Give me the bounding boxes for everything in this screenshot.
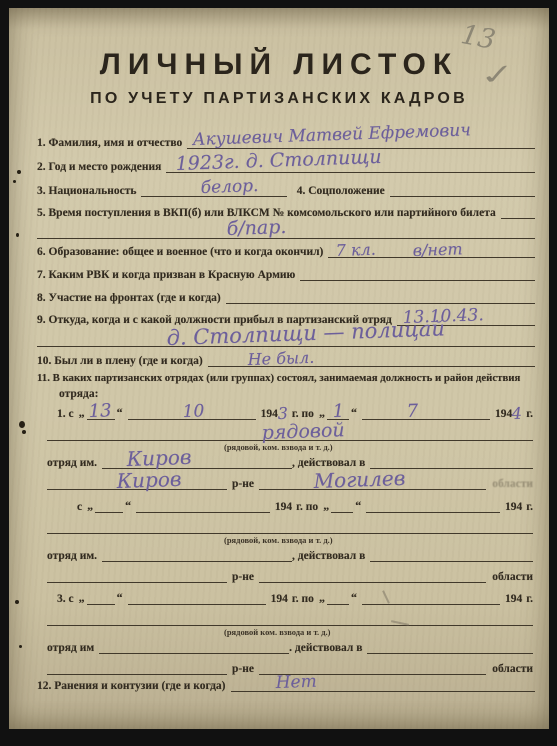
district-underline: Киров [47, 474, 227, 490]
field-label: 7. Каким РВК и когда призван в Красную А… [37, 269, 295, 281]
position-underline [47, 518, 533, 534]
pencil-checkmark-icon: ✓ [478, 57, 518, 91]
oblast-label: области [492, 478, 533, 490]
service-entry-dates: 3. с „ “ 194 г. по „ “ 194 г. [57, 587, 533, 605]
field-label: 4. Соцположение [297, 185, 385, 197]
acted-label: , действовал в [292, 550, 365, 562]
service-entry-unit: отряд им. , действовал в [47, 544, 533, 562]
handwritten-value: 7 кл. [336, 240, 377, 260]
district-label: р-не [232, 571, 254, 583]
year-slot: 3 [278, 405, 291, 420]
field-fronts: 8. Участие на фронтах (где и когда) [37, 286, 535, 304]
unit-label: отряд им [47, 642, 94, 654]
scan-speck [13, 180, 16, 183]
underline [300, 265, 535, 281]
district-underline [47, 567, 227, 583]
service-entry-region: р-не области [47, 565, 533, 583]
district-label: р-не [232, 478, 254, 490]
field-birth: 2. Год и место рождения 1923г. д. Столпи… [37, 155, 535, 173]
field-arrival-line2: д. Столпищи — полицай [37, 329, 535, 347]
month-underline [128, 589, 266, 605]
quote-mark: “ [125, 498, 131, 513]
pencil-page-number: 13 [458, 19, 498, 56]
position-underline: рядовой [47, 425, 533, 441]
dates-mid-label: г. по [292, 408, 314, 420]
day-slot: 1 [327, 404, 349, 420]
acted-underline [370, 546, 533, 562]
field-rvk: 7. Каким РВК и когда призван в Красную А… [37, 263, 535, 281]
year-g-label: г. [526, 593, 533, 605]
unit-label: отряд им. [47, 457, 97, 469]
quote-mark: “ [117, 590, 123, 605]
handwritten-year: 3 [277, 404, 288, 423]
field-wounds: 12. Ранения и контузии (где и когда) Нет [37, 674, 535, 692]
scan-speck [19, 645, 22, 648]
quote-mark: „ [323, 498, 329, 513]
year-printed: 194 [505, 501, 522, 513]
service-entry-position [47, 516, 533, 534]
year-printed: 194 [495, 408, 512, 420]
service-entry-unit: отряд им. Киров , действовал в [47, 451, 533, 469]
field-label: 1. Фамилия, имя и отчество [37, 137, 182, 149]
field-units-header: 11. В каких партизанских отрядах (или гр… [37, 366, 539, 384]
underline: Нет [231, 676, 536, 692]
underline: белор. [141, 181, 286, 197]
quote-mark: „ [79, 405, 85, 420]
month-underline [366, 497, 500, 513]
unit-underline [99, 638, 289, 654]
field-surname: 1. Фамилия, имя и отчество Акушевич Матв… [37, 131, 535, 149]
dates-mid-label: г. по [296, 501, 318, 513]
dates-mid-label: г. по [292, 593, 314, 605]
field-label: 11. В каких партизанских отрядах (или гр… [37, 372, 520, 384]
year-slot: 4 [512, 405, 525, 420]
month-underline: 10 [128, 404, 256, 420]
underline [226, 288, 535, 304]
handwritten-day: 13 [88, 400, 112, 422]
page-title: ЛИЧНЫЙ ЛИСТОК [9, 48, 549, 82]
field-label: 12. Ранения и контузии (где и когда) [37, 680, 226, 692]
service-entry-position: рядовой [47, 423, 533, 441]
handwritten-value: 1923г. д. Столпищи [176, 146, 383, 175]
service-entry-region: Киров р-не Могилев области [47, 472, 533, 490]
entry-prefix: с [77, 501, 82, 513]
underline: 1923г. д. Столпищи [166, 157, 535, 173]
scan-speck [16, 233, 19, 237]
field-label: 8. Участие на фронтах (где и когда) [37, 292, 221, 304]
quote-mark: “ [355, 498, 361, 513]
form-page: 13 ✓ ЛИЧНЫЙ ЛИСТОК ПО УЧЕТУ ПАРТИЗАНСКИХ… [9, 8, 549, 729]
day-slot [87, 589, 115, 605]
day-slot [95, 497, 123, 513]
field-label: 3. Национальность [37, 185, 136, 197]
handwritten-oblast: Могилев [313, 466, 406, 493]
quote-mark: „ [319, 405, 325, 420]
handwritten-position: рядовой [261, 419, 345, 444]
handwritten-value: Акушевич Матвей Ефремович [193, 120, 472, 150]
service-entry-dates: 1. с „ 13 “ 10 194 3 г. по „ 1 “ 7 194 4… [57, 402, 533, 420]
month-underline [136, 497, 270, 513]
handwritten-value: белор. [201, 176, 259, 198]
page-subtitle: ПО УЧЕТУ ПАРТИЗАНСКИХ КАДРОВ [9, 90, 549, 108]
underline: 7 кл. в/нет [328, 242, 535, 258]
scan-speck [17, 170, 21, 174]
service-entry-position [47, 608, 533, 626]
year-printed: 194 [261, 408, 278, 420]
underline: Не был. [208, 351, 535, 367]
year-g-label: г. [526, 408, 533, 420]
scan-speck [15, 600, 19, 604]
service-entry-unit: отряд им . действовал в [47, 636, 533, 654]
year-printed: 194 [275, 501, 292, 513]
oblast-underline [259, 567, 486, 583]
handwritten-year: 4 [512, 404, 523, 423]
quote-mark: „ [87, 498, 93, 513]
handwritten-value: б/пар. [226, 216, 286, 240]
punch-hole [22, 430, 26, 434]
underline [501, 203, 535, 219]
underline: д. Столпищи — полицай [37, 331, 535, 347]
handwritten-month: 10 [182, 401, 204, 422]
quote-mark: “ [117, 405, 123, 420]
handwritten-value: Нет [275, 672, 317, 693]
service-entry-dates: с „ “ 194 г. по „ “ 194 г. [77, 495, 533, 513]
handwritten-district: Киров [116, 467, 182, 493]
day-slot: 13 [87, 404, 115, 420]
field-units-header-line2: отряда: [59, 382, 98, 400]
district-underline [47, 659, 227, 675]
handwritten-month: 7 [406, 401, 418, 422]
position-underline [47, 610, 533, 626]
underline [390, 181, 535, 197]
field-education: 6. Образование: общее и военное (что и к… [37, 240, 535, 258]
month-underline: 7 [362, 404, 490, 420]
entry-prefix: 3. с [57, 593, 74, 605]
day-slot [327, 589, 349, 605]
entry-prefix: 1. с [57, 408, 74, 420]
field-label: 2. Год и место рождения [37, 161, 161, 173]
quote-mark: “ [351, 405, 357, 420]
field-label: 6. Образование: общее и военное (что и к… [37, 246, 323, 258]
scanned-document: 13 ✓ ЛИЧНЫЙ ЛИСТОК ПО УЧЕТУ ПАРТИЗАНСКИХ… [0, 0, 557, 746]
day-slot [331, 497, 353, 513]
unit-underline: Киров [102, 453, 292, 469]
quote-mark: “ [351, 590, 357, 605]
field-nationality-social: 3. Национальность белор. 4. Соцположение [37, 179, 535, 197]
field-label: отряда: [59, 388, 98, 400]
unit-underline [102, 546, 292, 562]
punch-hole [19, 421, 25, 428]
quote-mark: „ [79, 590, 85, 605]
acted-underline [367, 638, 533, 654]
year-printed: 194 [505, 593, 522, 605]
underline: б/пар. [37, 223, 535, 239]
acted-label: . действовал в [289, 642, 362, 654]
unit-label: отряд им. [47, 550, 97, 562]
field-party-membership-line2: б/пар. [37, 221, 535, 239]
quote-mark: „ [319, 590, 325, 605]
year-g-label: г. [526, 501, 533, 513]
handwritten-value: в/нет [413, 239, 464, 260]
oblast-underline: Могилев [259, 474, 486, 490]
field-captivity: 10. Был ли в плену (где и когда) Не был. [37, 349, 535, 367]
year-printed: 194 [271, 593, 288, 605]
oblast-label: области [492, 571, 533, 583]
